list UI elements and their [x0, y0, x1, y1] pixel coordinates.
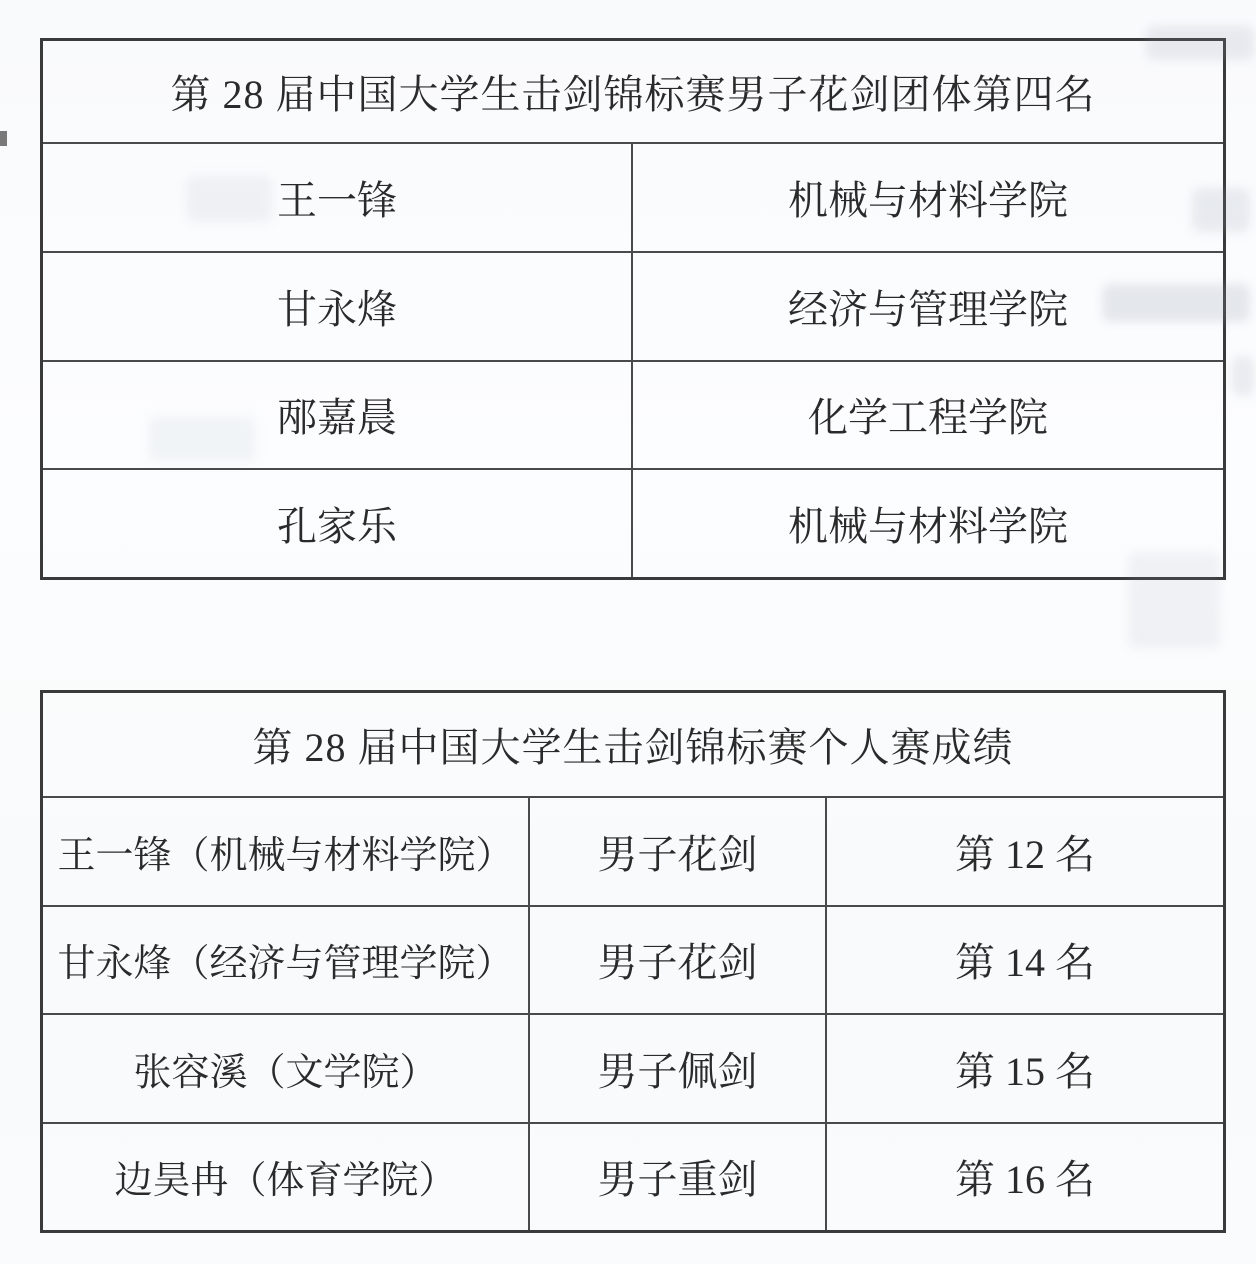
college-cell: 经济与管理学院	[633, 253, 1223, 360]
individual-table-title: 第 28 届中国大学生击剑锦标赛个人赛成绩	[43, 693, 1223, 798]
rank-cell: 第 16 名	[827, 1124, 1223, 1231]
individual-result-table: 第 28 届中国大学生击剑锦标赛个人赛成绩 王一锋（机械与材料学院） 男子花剑 …	[40, 690, 1226, 1233]
college-cell: 机械与材料学院	[633, 470, 1223, 577]
scanner-edge-mark	[0, 131, 7, 146]
event-cell: 男子花剑	[530, 907, 827, 1014]
scanned-document-page: 第 28 届中国大学生击剑锦标赛男子花剑团体第四名 王一锋 机械与材料学院 甘永…	[0, 0, 1256, 1264]
athlete-cell: 边昊冉（体育学院）	[43, 1124, 530, 1231]
table-row: 王一锋 机械与材料学院	[43, 144, 1223, 251]
table-row: 王一锋（机械与材料学院） 男子花剑 第 12 名	[43, 798, 1223, 905]
player-name-cell: 甘永烽	[43, 253, 633, 360]
table-row: 张容溪（文学院） 男子佩剑 第 15 名	[43, 1013, 1223, 1122]
team-table-title: 第 28 届中国大学生击剑锦标赛男子花剑团体第四名	[43, 41, 1223, 144]
table-row: 甘永烽 经济与管理学院	[43, 251, 1223, 360]
athlete-cell: 王一锋（机械与材料学院）	[43, 798, 530, 905]
table-row: 边昊冉（体育学院） 男子重剑 第 16 名	[43, 1122, 1223, 1231]
table-row: 甘永烽（经济与管理学院） 男子花剑 第 14 名	[43, 905, 1223, 1014]
player-name-cell: 孔家乐	[43, 470, 633, 577]
rank-cell: 第 12 名	[827, 798, 1223, 905]
event-cell: 男子佩剑	[530, 1015, 827, 1122]
event-cell: 男子重剑	[530, 1124, 827, 1231]
player-name-cell: 王一锋	[43, 144, 633, 251]
table-row: 邴嘉晨 化学工程学院	[43, 360, 1223, 469]
rank-cell: 第 15 名	[827, 1015, 1223, 1122]
rank-cell: 第 14 名	[827, 907, 1223, 1014]
event-cell: 男子花剑	[530, 798, 827, 905]
bleedthrough-artifact	[1232, 356, 1254, 396]
college-cell: 机械与材料学院	[633, 144, 1223, 251]
athlete-cell: 张容溪（文学院）	[43, 1015, 530, 1122]
college-cell: 化学工程学院	[633, 362, 1223, 469]
team-result-table: 第 28 届中国大学生击剑锦标赛男子花剑团体第四名 王一锋 机械与材料学院 甘永…	[40, 38, 1226, 580]
athlete-cell: 甘永烽（经济与管理学院）	[43, 907, 530, 1014]
player-name-cell: 邴嘉晨	[43, 362, 633, 469]
table-row: 孔家乐 机械与材料学院	[43, 468, 1223, 577]
